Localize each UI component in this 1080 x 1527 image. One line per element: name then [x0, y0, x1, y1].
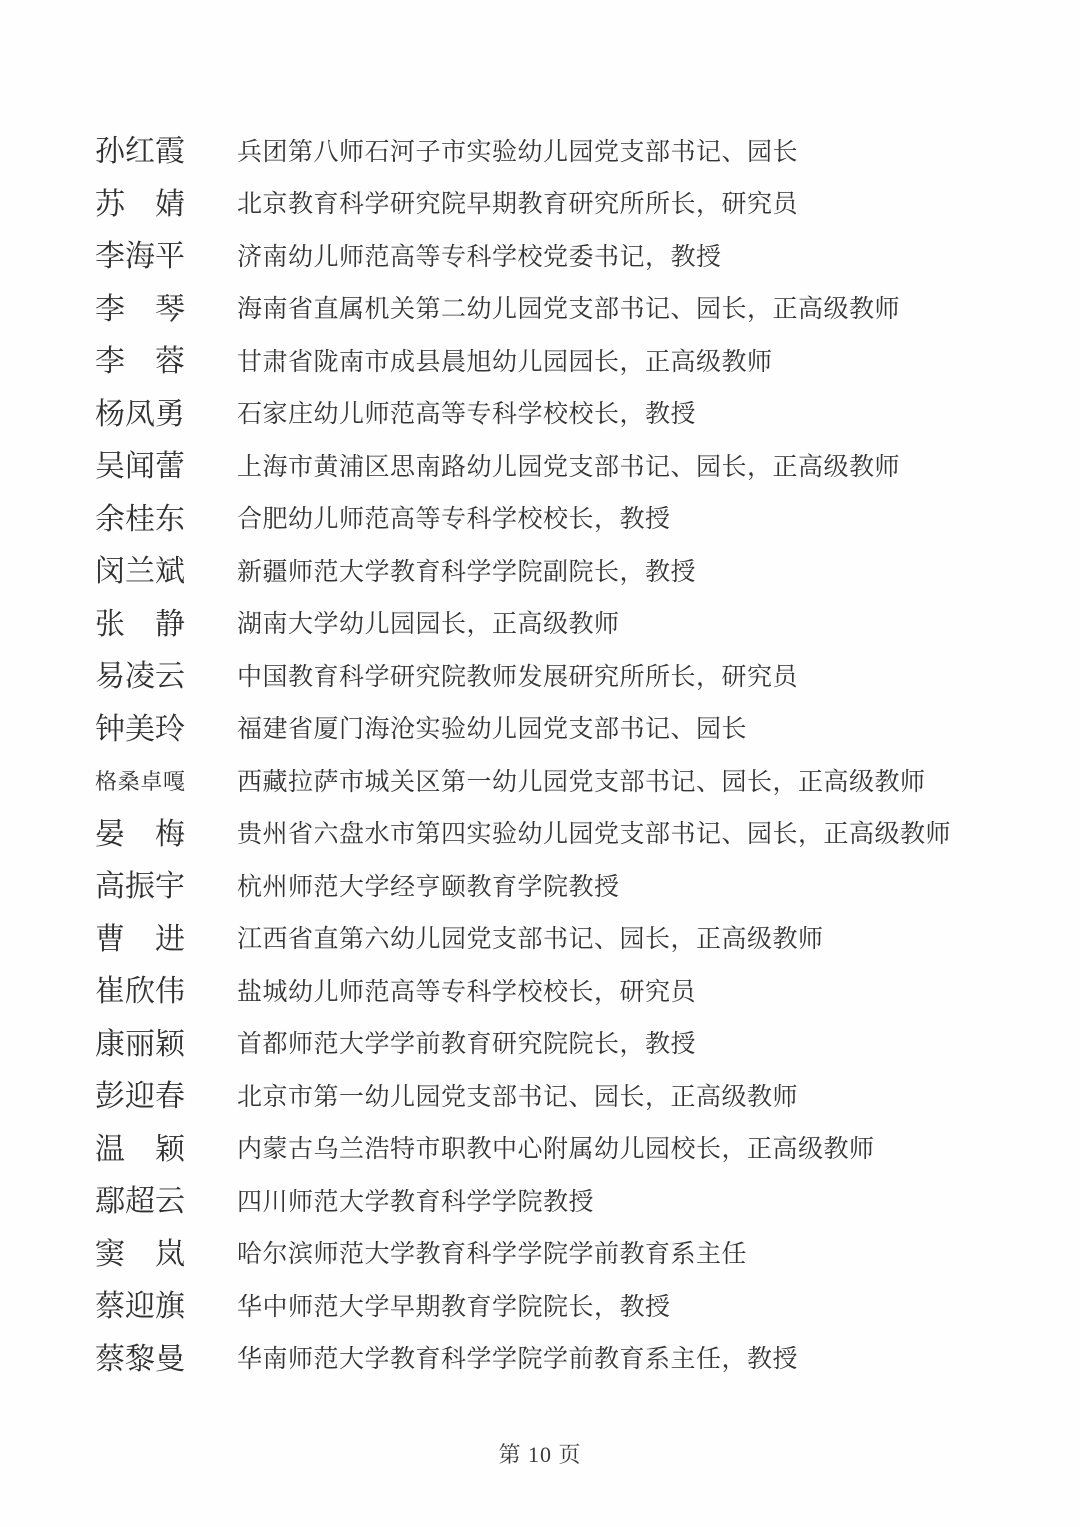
person-name-char: 苏 — [95, 190, 125, 220]
list-item: 钟美玲福建省厦门海沧实验幼儿园党支部书记、园长 — [95, 704, 995, 757]
person-name: 杨凤勇 — [95, 400, 185, 430]
list-item: 晏梅贵州省六盘水市第四实验幼儿园党支部书记、园长，正高级教师 — [95, 809, 995, 862]
person-title: 兵团第八师石河子市实验幼儿园党支部书记、园长 — [237, 140, 798, 165]
person-name: 李琴 — [95, 295, 185, 325]
person-name-char: 玲 — [155, 715, 185, 745]
person-name-char: 高 — [95, 872, 125, 902]
person-name: 张静 — [95, 610, 185, 640]
person-name-char: 窦 — [95, 1240, 125, 1270]
person-name-char: 进 — [155, 925, 185, 955]
person-name-char: 云 — [155, 1187, 185, 1217]
person-name: 彭迎春 — [95, 1082, 185, 1112]
person-name-char: 旗 — [155, 1292, 185, 1322]
person-title: 内蒙古乌兰浩特市职教中心附属幼儿园校长，正高级教师 — [237, 1137, 875, 1162]
person-name-char: 红 — [125, 137, 155, 167]
person-name-char: 蕾 — [155, 452, 185, 482]
list-item: 孙红霞兵团第八师石河子市实验幼儿园党支部书记、园长 — [95, 126, 995, 179]
list-item: 温颖内蒙古乌兰浩特市职教中心附属幼儿园校长，正高级教师 — [95, 1124, 995, 1177]
person-name-char: 蓉 — [155, 347, 185, 377]
list-item: 余桂东合肥幼儿师范高等专科学校校长，教授 — [95, 494, 995, 547]
list-item: 李海平济南幼儿师范高等专科学校党委书记，教授 — [95, 231, 995, 284]
list-item: 苏婧北京教育科学研究院早期教育研究所所长，研究员 — [95, 179, 995, 232]
page-number: 第 10 页 — [0, 1438, 1080, 1469]
person-name-char: 岚 — [155, 1240, 185, 1270]
person-name-char: 颖 — [155, 1030, 185, 1060]
person-name-char: 卓 — [140, 771, 162, 793]
person-name-char: 凤 — [125, 400, 155, 430]
list-item: 李蓉甘肃省陇南市成县晨旭幼儿园园长，正高级教师 — [95, 336, 995, 389]
person-name-char: 吴 — [95, 452, 125, 482]
person-title: 哈尔滨师范大学教育科学学院学前教育系主任 — [237, 1242, 747, 1267]
person-name: 高振宇 — [95, 872, 185, 902]
person-name-char: 梅 — [155, 820, 185, 850]
person-name: 蔡黎曼 — [95, 1345, 185, 1375]
person-name-char: 崔 — [95, 977, 125, 1007]
person-name-char: 闵 — [95, 557, 125, 587]
list-item: 鄢超云四川师范大学教育科学学院教授 — [95, 1176, 995, 1229]
list-item: 曹进江西省直第六幼儿园党支部书记、园长，正高级教师 — [95, 914, 995, 967]
person-name: 吴闻蕾 — [95, 452, 185, 482]
person-name: 康丽颖 — [95, 1030, 185, 1060]
person-name-char: 黎 — [125, 1345, 155, 1375]
person-name-char: 静 — [155, 610, 185, 640]
person-title: 贵州省六盘水市第四实验幼儿园党支部书记、园长，正高级教师 — [237, 822, 951, 847]
person-title: 新疆师范大学教育科学学院副院长，教授 — [237, 560, 696, 585]
person-name-char: 闻 — [125, 452, 155, 482]
list-item: 彭迎春北京市第一幼儿园党支部书记、园长，正高级教师 — [95, 1071, 995, 1124]
person-name-char: 李 — [95, 295, 125, 325]
person-name-char: 曼 — [155, 1345, 185, 1375]
person-name-char: 曹 — [95, 925, 125, 955]
person-name: 崔欣伟 — [95, 977, 185, 1007]
person-title: 湖南大学幼儿园园长，正高级教师 — [237, 612, 620, 637]
person-name-char: 东 — [155, 505, 185, 535]
person-name: 晏梅 — [95, 820, 185, 850]
person-name: 苏婧 — [95, 190, 185, 220]
list-item: 吴闻蕾上海市黄浦区思南路幼儿园党支部书记、园长，正高级教师 — [95, 441, 995, 494]
list-item: 蔡黎曼华南师范大学教育科学学院学前教育系主任，教授 — [95, 1334, 995, 1387]
list-item: 蔡迎旗华中师范大学早期教育学院院长，教授 — [95, 1281, 995, 1334]
person-name-char: 李 — [95, 242, 125, 272]
person-name-char: 钟 — [95, 715, 125, 745]
person-name-char: 蔡 — [95, 1292, 125, 1322]
person-title: 四川师范大学教育科学学院教授 — [237, 1190, 594, 1215]
person-name-char: 振 — [125, 872, 155, 902]
person-name-char: 颖 — [155, 1135, 185, 1165]
list-item: 格桑卓嘎西藏拉萨市城关区第一幼儿园党支部书记、园长，正高级教师 — [95, 756, 995, 809]
list-item: 李琴海南省直属机关第二幼儿园党支部书记、园长，正高级教师 — [95, 284, 995, 337]
person-name-char: 温 — [95, 1135, 125, 1165]
person-name: 鄢超云 — [95, 1187, 185, 1217]
person-name-char: 婧 — [155, 190, 185, 220]
person-name-char: 凌 — [125, 662, 155, 692]
person-name: 李海平 — [95, 242, 185, 272]
person-name-char: 海 — [125, 242, 155, 272]
roster-list: 孙红霞兵团第八师石河子市实验幼儿园党支部书记、园长苏婧北京教育科学研究院早期教育… — [95, 126, 995, 1386]
person-title: 盐城幼儿师范高等专科学校校长，研究员 — [237, 980, 696, 1005]
list-item: 闵兰斌新疆师范大学教育科学学院副院长，教授 — [95, 546, 995, 599]
person-name: 温颖 — [95, 1135, 185, 1165]
person-title: 北京教育科学研究院早期教育研究所所长，研究员 — [237, 192, 798, 217]
person-name-char: 云 — [155, 662, 185, 692]
person-name-char: 琴 — [155, 295, 185, 325]
person-name: 窦岚 — [95, 1240, 185, 1270]
list-item: 崔欣伟盐城幼儿师范高等专科学校校长，研究员 — [95, 966, 995, 1019]
person-title: 首都师范大学学前教育研究院院长，教授 — [237, 1032, 696, 1057]
person-title: 华中师范大学早期教育学院院长，教授 — [237, 1295, 671, 1320]
person-name: 余桂东 — [95, 505, 185, 535]
list-item: 康丽颖首都师范大学学前教育研究院院长，教授 — [95, 1019, 995, 1072]
person-name-char: 孙 — [95, 137, 125, 167]
person-name-char: 蔡 — [95, 1345, 125, 1375]
person-title: 西藏拉萨市城关区第一幼儿园党支部书记、园长，正高级教师 — [237, 770, 926, 795]
person-title: 济南幼儿师范高等专科学校党委书记，教授 — [237, 245, 722, 270]
person-name-char: 霞 — [155, 137, 185, 167]
person-title: 北京市第一幼儿园党支部书记、园长，正高级教师 — [237, 1085, 798, 1110]
person-name-char: 平 — [155, 242, 185, 272]
person-name-char: 桑 — [118, 771, 140, 793]
person-name: 孙红霞 — [95, 137, 185, 167]
person-name-char: 杨 — [95, 400, 125, 430]
person-name-char: 桂 — [125, 505, 155, 535]
person-title: 甘肃省陇南市成县晨旭幼儿园园长，正高级教师 — [237, 350, 773, 375]
person-name-char: 超 — [125, 1187, 155, 1217]
person-title: 中国教育科学研究院教师发展研究所所长，研究员 — [237, 665, 798, 690]
person-name-char: 李 — [95, 347, 125, 377]
person-name-char: 嘎 — [163, 771, 185, 793]
person-name-char: 欣 — [125, 977, 155, 1007]
person-name-char: 宇 — [155, 872, 185, 902]
person-name-char: 迎 — [125, 1292, 155, 1322]
person-name: 李蓉 — [95, 347, 185, 377]
person-name-char: 丽 — [125, 1030, 155, 1060]
person-name-char: 晏 — [95, 820, 125, 850]
person-name-char: 伟 — [155, 977, 185, 1007]
person-name-char: 彭 — [95, 1082, 125, 1112]
person-title: 上海市黄浦区思南路幼儿园党支部书记、园长，正高级教师 — [237, 455, 900, 480]
person-name-char: 美 — [125, 715, 155, 745]
person-title: 杭州师范大学经亨颐教育学院教授 — [237, 875, 620, 900]
list-item: 杨凤勇石家庄幼儿师范高等专科学校校长，教授 — [95, 389, 995, 442]
list-item: 易凌云中国教育科学研究院教师发展研究所所长，研究员 — [95, 651, 995, 704]
list-item: 窦岚哈尔滨师范大学教育科学学院学前教育系主任 — [95, 1229, 995, 1282]
person-title: 合肥幼儿师范高等专科学校校长，教授 — [237, 507, 671, 532]
person-name: 闵兰斌 — [95, 557, 185, 587]
person-name: 易凌云 — [95, 662, 185, 692]
person-name-char: 鄢 — [95, 1187, 125, 1217]
person-name-char: 春 — [155, 1082, 185, 1112]
person-name-char: 斌 — [155, 557, 185, 587]
person-name-char: 康 — [95, 1030, 125, 1060]
person-name: 格桑卓嘎 — [95, 771, 185, 793]
list-item: 高振宇杭州师范大学经亨颐教育学院教授 — [95, 861, 995, 914]
person-title: 福建省厦门海沧实验幼儿园党支部书记、园长 — [237, 717, 747, 742]
person-name: 蔡迎旗 — [95, 1292, 185, 1322]
person-name-char: 迎 — [125, 1082, 155, 1112]
person-name-char: 格 — [95, 771, 117, 793]
person-name: 曹进 — [95, 925, 185, 955]
person-title: 华南师范大学教育科学学院学前教育系主任，教授 — [237, 1347, 798, 1372]
person-name-char: 兰 — [125, 557, 155, 587]
document-page: 孙红霞兵团第八师石河子市实验幼儿园党支部书记、园长苏婧北京教育科学研究院早期教育… — [0, 0, 1080, 1527]
list-item: 张静湖南大学幼儿园园长，正高级教师 — [95, 599, 995, 652]
person-name-char: 易 — [95, 662, 125, 692]
person-name-char: 张 — [95, 610, 125, 640]
person-name-char: 勇 — [155, 400, 185, 430]
person-title: 海南省直属机关第二幼儿园党支部书记、园长，正高级教师 — [237, 297, 900, 322]
person-name: 钟美玲 — [95, 715, 185, 745]
person-title: 石家庄幼儿师范高等专科学校校长，教授 — [237, 402, 696, 427]
person-title: 江西省直第六幼儿园党支部书记、园长，正高级教师 — [237, 927, 824, 952]
person-name-char: 余 — [95, 505, 125, 535]
